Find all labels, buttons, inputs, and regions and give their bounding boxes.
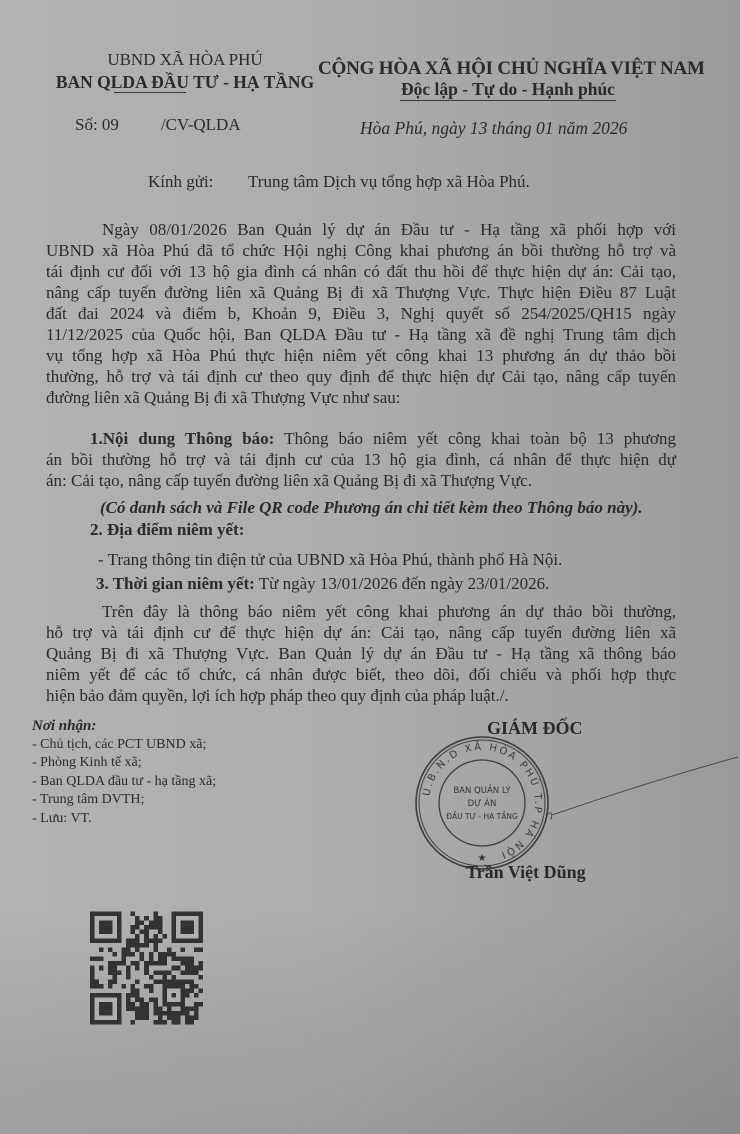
motto-underline <box>400 100 616 101</box>
recipient-item: - Phòng Kinh tế xã; <box>32 754 216 773</box>
paragraph-line: UBND xã Hòa Phú đã tổ chức Hội nghị Công… <box>46 240 676 261</box>
section-content: 1.Nội dung Thông báo: Thông báo niêm yết… <box>46 428 676 491</box>
national-motto: Độc lập - Tự do - Hạnh phúc <box>400 79 616 100</box>
paragraph-line: 11/12/2025 của Quốc hội, Ban QLDA Đầu tư… <box>46 324 676 345</box>
addressee-label: Kính gửi: <box>148 172 213 192</box>
signature-stroke <box>550 755 740 835</box>
paragraph-line: Trên đây là thông báo niêm yết công khai… <box>46 601 676 622</box>
attachment-note: (Có danh sách và File QR code Phương án … <box>100 498 643 518</box>
posting-period: Từ ngày 13/01/2026 đến ngày 23/01/2026. <box>255 574 550 593</box>
issuing-unit: BAN QLDA ĐẦU TƯ - HẠ TẦNG <box>43 72 327 93</box>
stamp-center-line: ĐẦU TƯ - HẠ TẦNG <box>446 811 518 821</box>
unit-underline <box>114 92 186 93</box>
document-number-label: Số: 09 <box>75 115 119 134</box>
paragraph-line: vụ tổng hợp xã Hòa Phú thực hiện niêm yế… <box>46 345 676 366</box>
paragraph-line: đất đai 2024 và điểm b, Khoản 9, Điều 3,… <box>46 303 676 324</box>
paragraph-line: nâng cấp tuyến đường liên xã Quảng Bị đi… <box>46 282 676 303</box>
recipient-item: - Trung tâm DVTH; <box>32 791 216 810</box>
section-3-heading: 3. Thời gian niêm yết: <box>96 574 255 593</box>
recipients-title: Nơi nhận: <box>32 717 216 736</box>
paragraph-line: niêm yết để các tổ chức, cá nhân được bi… <box>46 664 676 685</box>
official-stamp-icon: U.B.N.D XÃ HÒA PHÚ T.P HÀ NỘI BAN QUẢN L… <box>412 733 552 873</box>
issuing-agency: UBND XÃ HÒA PHÚ <box>60 50 310 70</box>
stamp-center-line: DỰ ÁN <box>468 797 497 809</box>
recipient-item: - Chủ tịch, các PCT UBND xã; <box>32 736 216 755</box>
place-date: Hòa Phú, ngày 13 tháng 01 năm 2026 <box>360 118 627 139</box>
paragraph-line: thường, hỗ trợ và tái định cư theo quy đ… <box>46 366 676 387</box>
intro-paragraph: Ngày 08/01/2026 Ban Quản lý dự án Đầu tư… <box>46 219 676 408</box>
paragraph-line: tái định cư đối với 13 hộ gia đình cá nh… <box>46 261 676 282</box>
paragraph-line: hiện bảo đảm quyền, lợi ích hợp pháp the… <box>46 685 676 706</box>
section-3: 3. Thời gian niêm yết: Từ ngày 13/01/202… <box>96 574 549 594</box>
addressee-recipient: Trung tâm Dịch vụ tổng hợp xã Hòa Phú. <box>248 172 530 192</box>
section-1-text: Thông báo niêm yết công khai toàn bộ 13 … <box>274 429 676 448</box>
paragraph-line: án: Cải tạo, nâng cấp tuyến đường liên x… <box>46 470 676 491</box>
section-1-heading: 1.Nội dung Thông báo: <box>90 429 274 448</box>
section-1-first-line: 1.Nội dung Thông báo: Thông báo niêm yết… <box>46 428 676 449</box>
paragraph-line: Quảng Bị đi xã Thượng Vực. Ban Quản lý d… <box>46 643 676 664</box>
document-number: Số: 09/CV-QLDA <box>75 115 241 135</box>
national-title: CỘNG HÒA XÃ HỘI CHỦ NGHĨA VIỆT NAM <box>318 58 698 80</box>
closing-paragraph: Trên đây là thông báo niêm yết công khai… <box>46 601 676 706</box>
qr-code-icon <box>90 908 203 1028</box>
recipients-list: Nơi nhận: - Chủ tịch, các PCT UBND xã; -… <box>32 717 216 828</box>
stamp-center-line: BAN QUẢN LÝ <box>453 784 511 796</box>
recipient-item: - Lưu: VT. <box>32 810 216 829</box>
paragraph-line: hỗ trợ và tái định cư để thực hiện dự án… <box>46 622 676 643</box>
recipient-item: - Ban QLDA đầu tư - hạ tầng xã; <box>32 773 216 792</box>
document-number-suffix: /CV-QLDA <box>161 115 241 134</box>
paragraph-line: án bồi thường hỗ trợ và tái định cư của … <box>46 449 676 470</box>
paragraph-line: Ngày 08/01/2026 Ban Quản lý dự án Đầu tư… <box>46 219 676 240</box>
posting-location: - Trang thông tin điện tử của UBND xã Hò… <box>98 550 562 570</box>
paragraph-line: đường liên xã Quảng Bị đi xã Thượng Vực … <box>46 387 676 408</box>
section-2-heading: 2. Địa điểm niêm yết: <box>90 520 244 540</box>
signer-name: Trần Việt Dũng <box>466 862 586 883</box>
